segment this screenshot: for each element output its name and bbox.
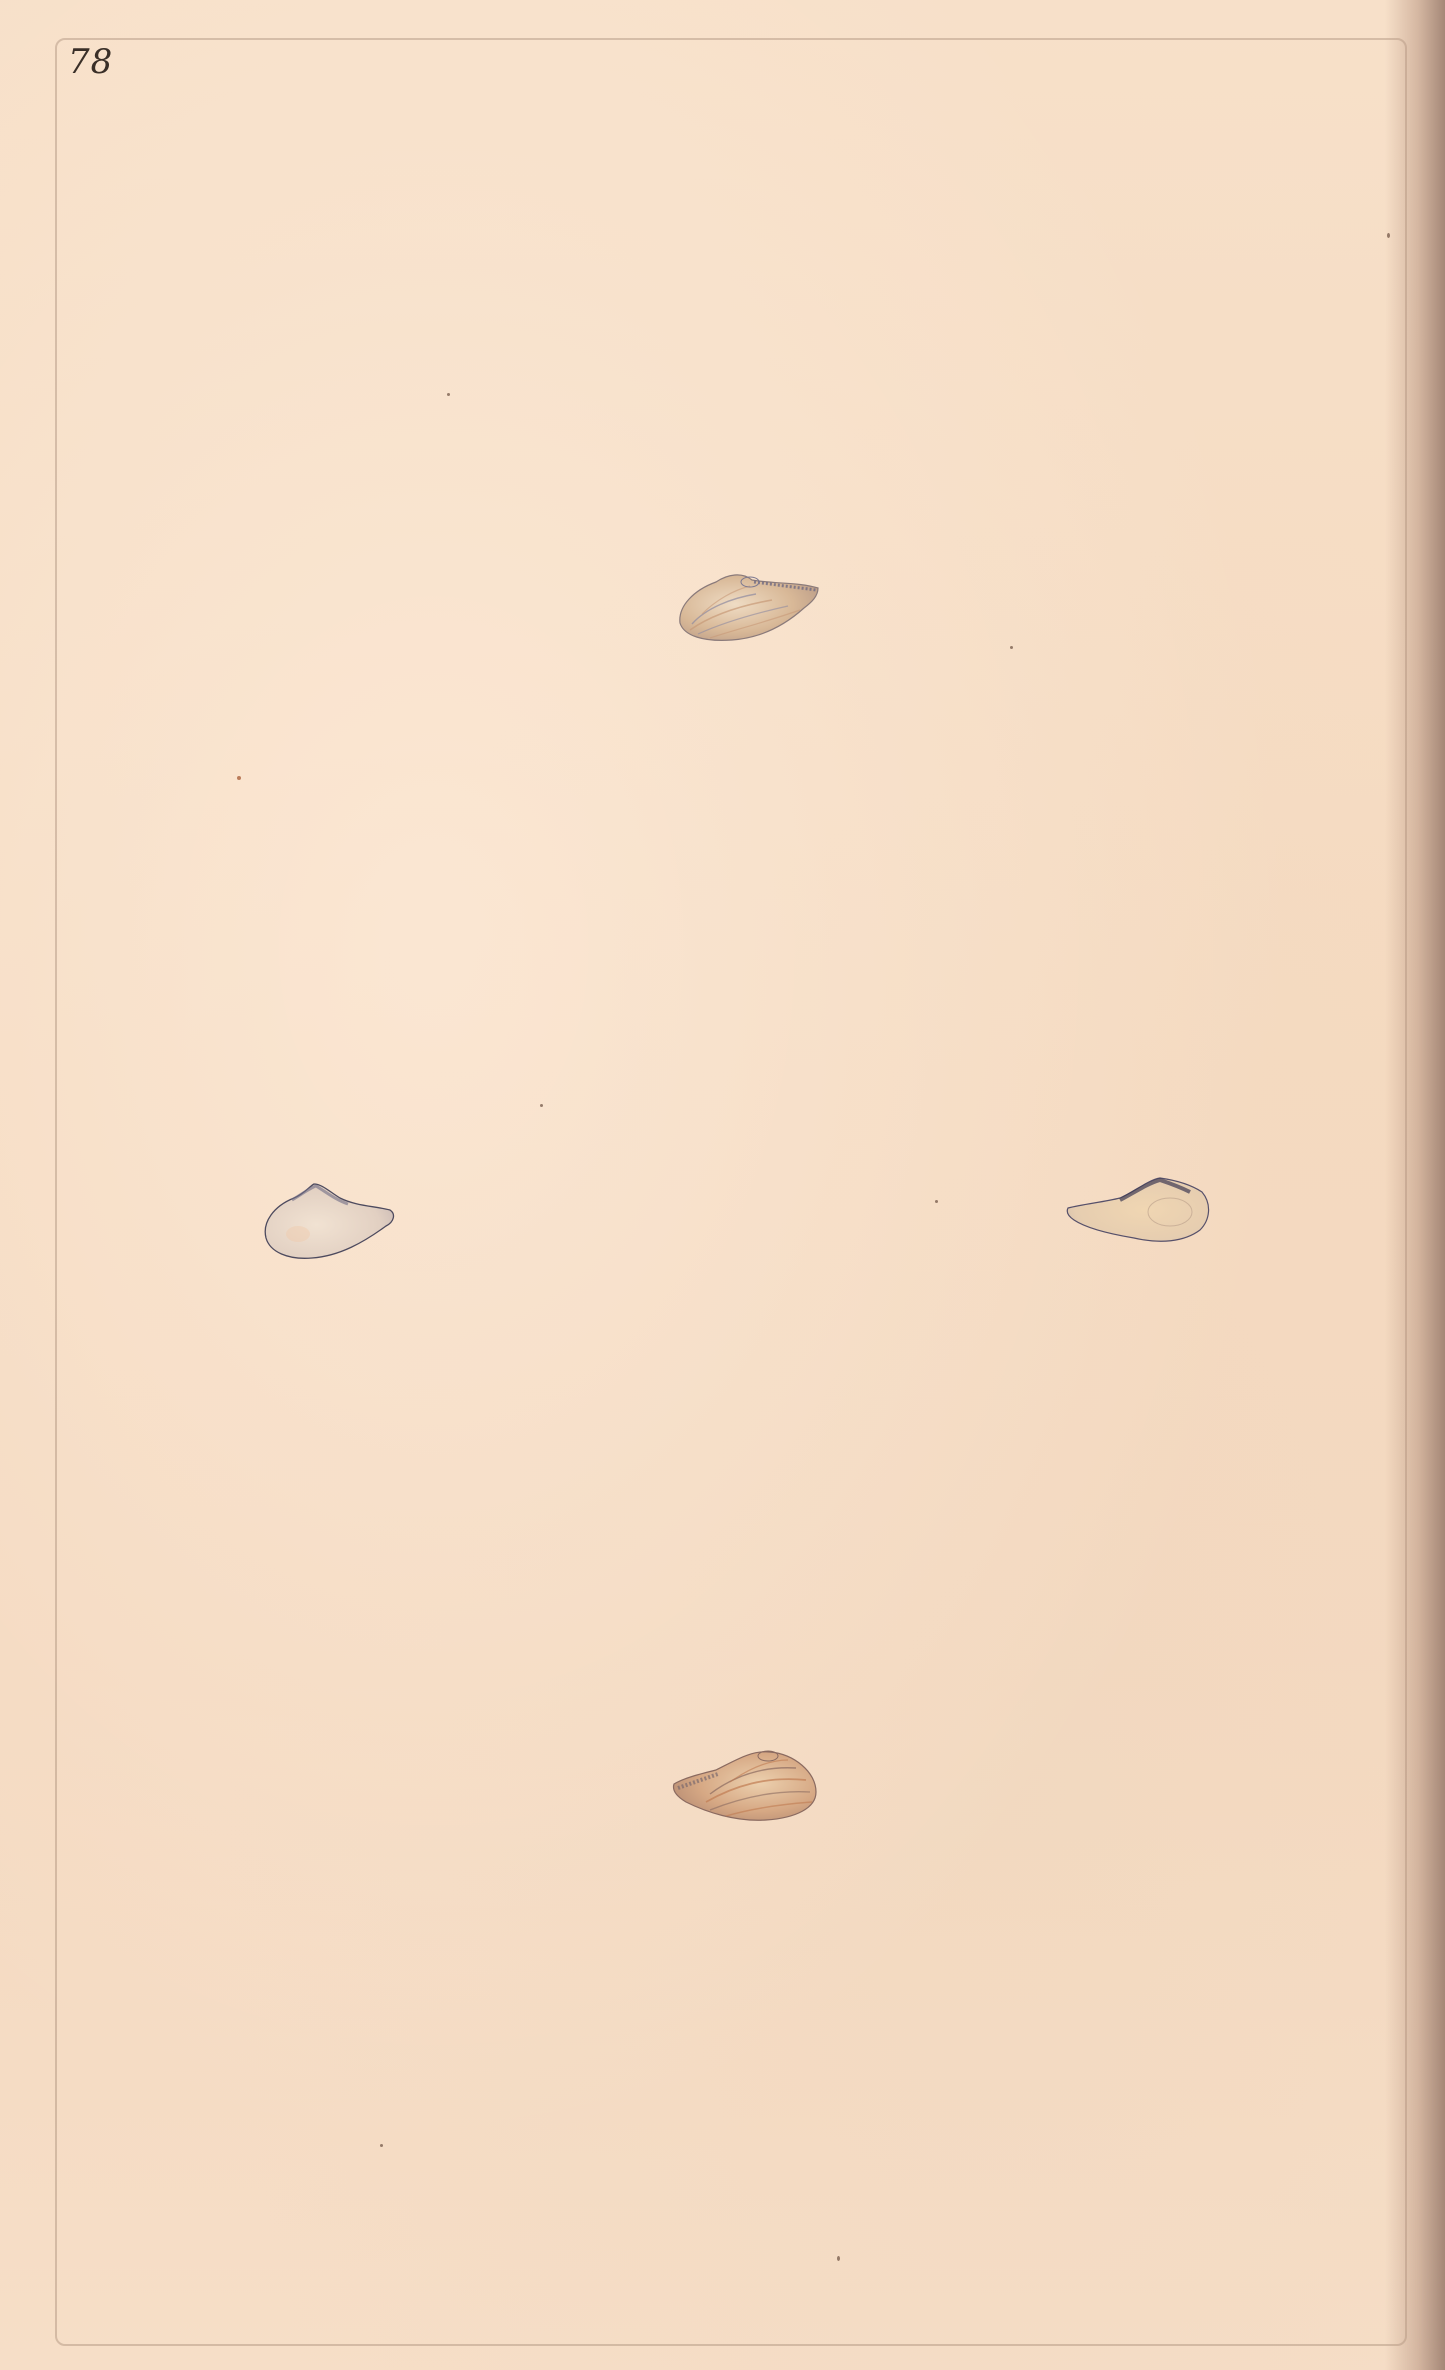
paper-speck (447, 393, 450, 396)
shell-illustration-top (676, 568, 821, 643)
paper-speck (837, 2256, 840, 2261)
paper-speck (540, 1104, 543, 1107)
paper-speck (1387, 233, 1390, 238)
shell-illustration-left (260, 1178, 400, 1263)
shell-illustration-right (1064, 1168, 1214, 1248)
shell-illustration-bottom (670, 1746, 820, 1826)
bivalve-shell-icon (1064, 1168, 1214, 1248)
paper-speck (237, 776, 241, 780)
bivalve-shell-icon (676, 568, 821, 643)
paper-speck (935, 1200, 938, 1203)
binding-shadow (1385, 0, 1445, 2370)
paper-speck (380, 2144, 383, 2147)
paper-speck (1010, 646, 1013, 649)
plate-number: 78 (68, 42, 113, 82)
engraved-plate-page: 78 (0, 0, 1445, 2370)
bivalve-shell-icon (670, 1746, 820, 1826)
bivalve-shell-icon (260, 1178, 400, 1263)
